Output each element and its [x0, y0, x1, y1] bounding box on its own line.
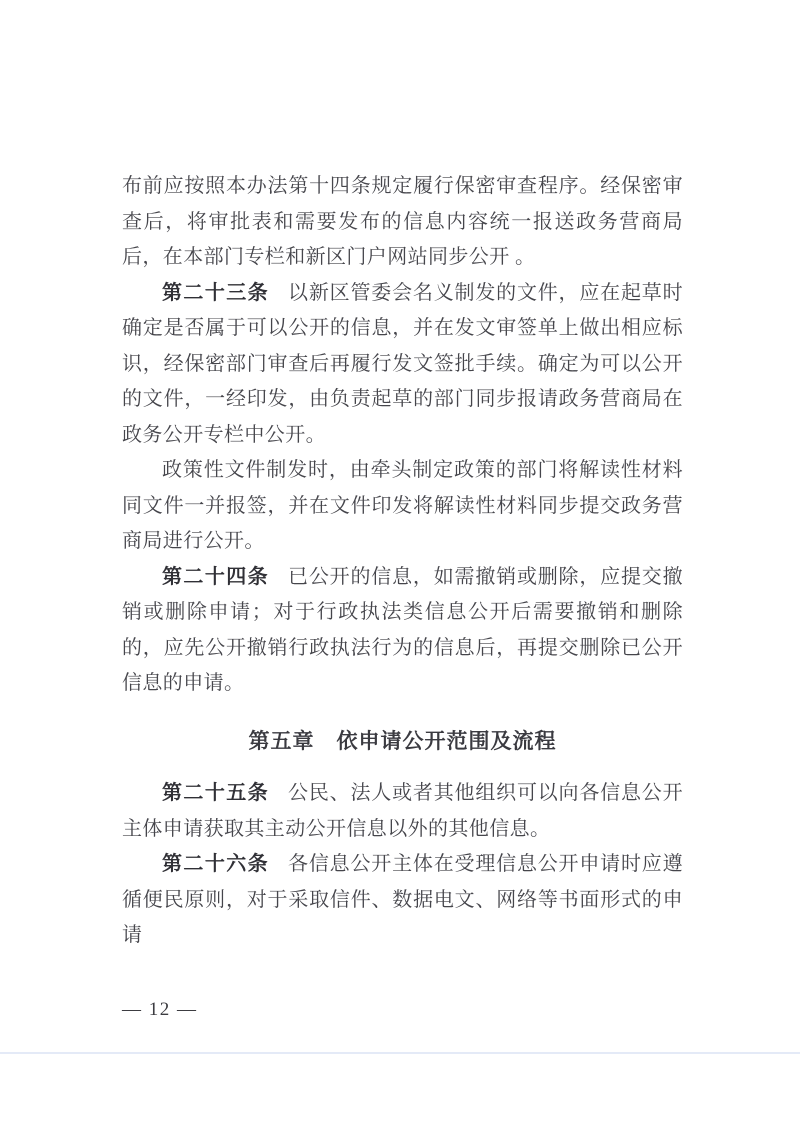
article-24-lead: 第二十四条	[162, 566, 269, 588]
article-26-lead: 第二十六条	[162, 853, 269, 875]
page-number: — 12 —	[122, 996, 198, 1024]
paragraph-article-26: 第二十六条各信息公开主体在受理信息公开申请时应遵循便民原则，对于采取信件、数据电…	[122, 847, 683, 954]
scan-artifact-line	[0, 1052, 800, 1054]
paragraph-text: 布前应按照本办法第十四条规定履行保密审查程序。经保密审查后，将审批表和需要发布的…	[122, 175, 683, 268]
paragraph-policy-documents: 政策性文件制发时，由牵头制定政策的部门将解读性材料同文件一并报签，并在文件印发将…	[122, 453, 683, 560]
paragraph-text: 政策性文件制发时，由牵头制定政策的部门将解读性材料同文件一并报签，并在文件印发将…	[122, 459, 683, 552]
paragraph-continuation: 布前应按照本办法第十四条规定履行保密审查程序。经保密审查后，将审批表和需要发布的…	[122, 169, 683, 276]
paragraph-article-24: 第二十四条已公开的信息，如需撤销或删除，应提交撤销或删除申请；对于行政执法类信息…	[122, 560, 683, 702]
paragraph-article-23: 第二十三条以新区管委会名义制发的文件，应在起草时确定是否属于可以公开的信息，并在…	[122, 276, 683, 454]
article-23-lead: 第二十三条	[162, 282, 269, 304]
document-text-block: 布前应按照本办法第十四条规定履行保密审查程序。经保密审查后，将审批表和需要发布的…	[122, 169, 683, 954]
chapter-5-heading: 第五章 依申请公开范围及流程	[122, 724, 683, 760]
paragraph-article-25: 第二十五条公民、法人或者其他组织可以向各信息公开主体申请获取其主动公开信息以外的…	[122, 776, 683, 847]
article-25-lead: 第二十五条	[162, 782, 269, 804]
paragraph-text: 以新区管委会名义制发的文件，应在起草时确定是否属于可以公开的信息，并在发文审签单…	[122, 282, 683, 446]
